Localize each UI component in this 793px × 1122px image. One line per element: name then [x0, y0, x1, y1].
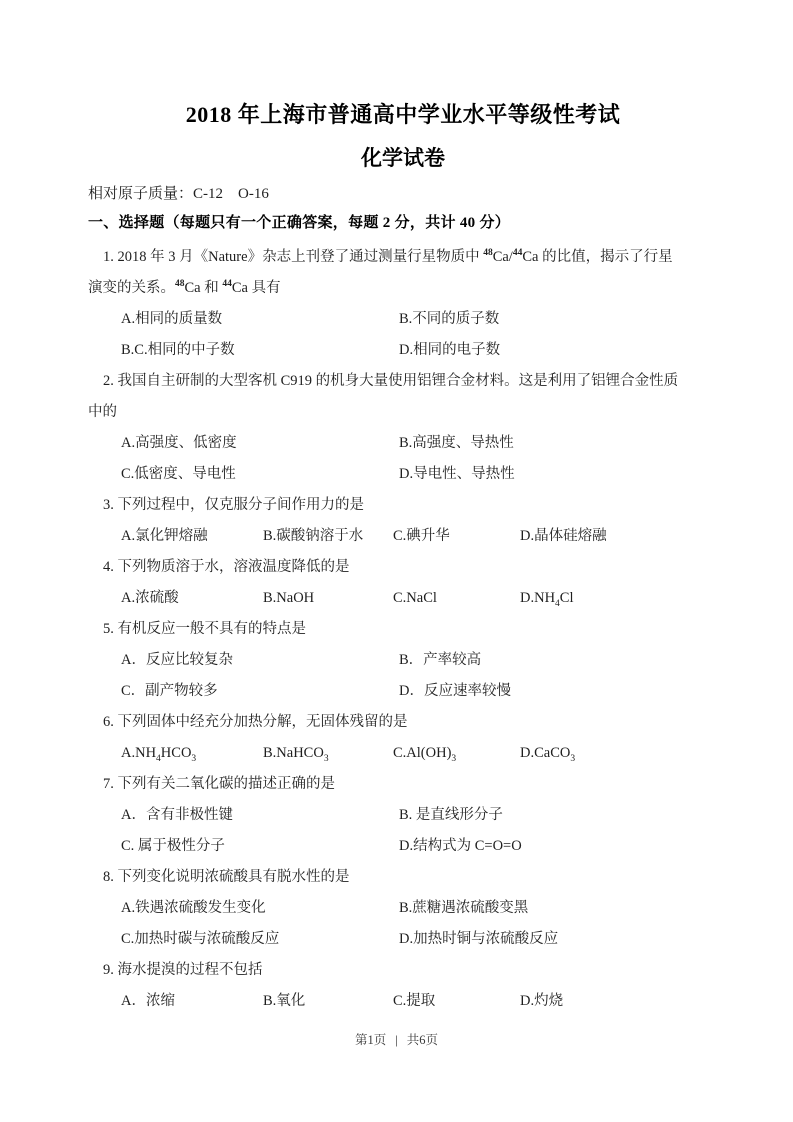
- question-3-options: A.氯化钾熔融 B.碳酸钠溶于水 C.碘升华 D.晶体硅熔融: [121, 521, 718, 552]
- question-7-option-d: D.结构式为 C=O=O: [399, 831, 718, 862]
- question-8-options: A.铁遇浓硫酸发生变化 B.蔗糖遇浓硫酸变黑 C.加热时碳与浓硫酸反应 D.加热…: [121, 893, 718, 955]
- question-5-option-d: D．反应速率较慢: [399, 676, 718, 707]
- question-5-option-c: C．副产物较多: [121, 676, 399, 707]
- question-2: 2. 我国自主研制的大型客机 C919 的机身大量使用铝锂合金材料。这是利用了铝…: [88, 366, 718, 490]
- question-6-stem: 6. 下列固体中经充分加热分解，无固体残留的是: [88, 707, 718, 738]
- question-8-option-d: D.加热时铜与浓硫酸反应: [399, 924, 718, 955]
- question-7: 7. 下列有关二氧化碳的描述正确的是 A．含有非极性键 B. 是直线形分子 C.…: [88, 769, 718, 862]
- question-6-option-b: B.NaHCO3: [263, 738, 393, 769]
- exam-page: 2018 年上海市普通高中学业水平等级性考试 化学试卷 相对原子质量：C-12 …: [0, 0, 793, 1122]
- question-3-stem: 3. 下列过程中，仅克服分子间作用力的是: [88, 490, 718, 521]
- page-footer: 第1页|共6页: [0, 1031, 793, 1049]
- footer-total-pages: 共6页: [407, 1033, 438, 1047]
- question-1-stem-line-1: 1. 2018 年 3 月《Nature》杂志上刊登了通过测量行星物质中 48C…: [88, 242, 718, 273]
- question-9-stem: 9. 海水提溴的过程不包括: [88, 955, 718, 986]
- question-9-option-b: B.氧化: [263, 986, 393, 1017]
- exam-content: 2018 年上海市普通高中学业水平等级性考试 化学试卷 相对原子质量：C-12 …: [0, 0, 793, 1017]
- question-2-stem-line-2: 中的: [88, 397, 718, 428]
- question-4: 4. 下列物质溶于水，溶液温度降低的是 A.浓硫酸 B.NaOH C.NaCl …: [88, 552, 718, 614]
- question-7-option-a: A．含有非极性键: [121, 800, 399, 831]
- page-title: 2018 年上海市普通高中学业水平等级性考试: [88, 100, 718, 129]
- section-heading: 一、选择题（每题只有一个正确答案，每题 2 分，共计 40 分）: [88, 212, 718, 234]
- question-3-option-a: A.氯化钾熔融: [121, 521, 263, 552]
- question-7-option-c: C. 属于极性分子: [121, 831, 399, 862]
- question-list: 1. 2018 年 3 月《Nature》杂志上刊登了通过测量行星物质中 48C…: [88, 242, 718, 1017]
- question-5-option-b: B．产率较高: [399, 645, 718, 676]
- question-1-options: A.相同的质量数 B.不同的质子数 B.C.相同的中子数 D.相同的电子数: [121, 304, 718, 366]
- question-6: 6. 下列固体中经充分加热分解，无固体残留的是 A.NH4HCO3 B.NaHC…: [88, 707, 718, 769]
- question-2-stem-line-1: 2. 我国自主研制的大型客机 C919 的机身大量使用铝锂合金材料。这是利用了铝…: [88, 366, 718, 397]
- question-8-option-b: B.蔗糖遇浓硫酸变黑: [399, 893, 718, 924]
- question-1-option-b: B.不同的质子数: [399, 304, 718, 335]
- question-9-option-a: A．浓缩: [121, 986, 263, 1017]
- footer-current-page: 第1页: [355, 1033, 386, 1047]
- question-5-options: A．反应比较复杂 B．产率较高 C．副产物较多 D．反应速率较慢: [121, 645, 718, 707]
- atomic-mass-note: 相对原子质量：C-12 O-16: [88, 183, 718, 205]
- question-8-stem: 8. 下列变化说明浓硫酸具有脱水性的是: [88, 862, 718, 893]
- question-5-option-a: A．反应比较复杂: [121, 645, 399, 676]
- question-8-option-c: C.加热时碳与浓硫酸反应: [121, 924, 399, 955]
- question-6-option-c: C.Al(OH)3: [393, 738, 520, 769]
- question-5: 5. 有机反应一般不具有的特点是 A．反应比较复杂 B．产率较高 C．副产物较多…: [88, 614, 718, 707]
- question-3-option-c: C.碘升华: [393, 521, 520, 552]
- question-1: 1. 2018 年 3 月《Nature》杂志上刊登了通过测量行星物质中 48C…: [88, 242, 718, 366]
- question-1-option-d: D.相同的电子数: [399, 335, 718, 366]
- question-3: 3. 下列过程中，仅克服分子间作用力的是 A.氯化钾熔融 B.碳酸钠溶于水 C.…: [88, 490, 718, 552]
- question-3-option-d: D.晶体硅熔融: [520, 521, 718, 552]
- question-4-option-d: D.NH4Cl: [520, 583, 718, 614]
- question-2-option-a: A.高强度、低密度: [121, 428, 399, 459]
- question-4-option-b: B.NaOH: [263, 583, 393, 614]
- question-1-option-c: B.C.相同的中子数: [121, 335, 399, 366]
- question-1-option-a: A.相同的质量数: [121, 304, 399, 335]
- question-4-option-a: A.浓硫酸: [121, 583, 263, 614]
- question-2-option-d: D.导电性、导热性: [399, 459, 718, 490]
- question-4-stem: 4. 下列物质溶于水，溶液温度降低的是: [88, 552, 718, 583]
- question-7-stem: 7. 下列有关二氧化碳的描述正确的是: [88, 769, 718, 800]
- question-8-option-a: A.铁遇浓硫酸发生变化: [121, 893, 399, 924]
- question-4-option-c: C.NaCl: [393, 583, 520, 614]
- question-4-options: A.浓硫酸 B.NaOH C.NaCl D.NH4Cl: [121, 583, 718, 614]
- question-2-options: A.高强度、低密度 B.高强度、导热性 C.低密度、导电性 D.导电性、导热性: [121, 428, 718, 490]
- question-8: 8. 下列变化说明浓硫酸具有脱水性的是 A.铁遇浓硫酸发生变化 B.蔗糖遇浓硫酸…: [88, 862, 718, 955]
- question-2-option-b: B.高强度、导热性: [399, 428, 718, 459]
- question-5-stem: 5. 有机反应一般不具有的特点是: [88, 614, 718, 645]
- question-3-option-b: B.碳酸钠溶于水: [263, 521, 393, 552]
- question-7-option-b: B. 是直线形分子: [399, 800, 718, 831]
- footer-separator: |: [395, 1033, 398, 1047]
- question-7-options: A．含有非极性键 B. 是直线形分子 C. 属于极性分子 D.结构式为 C=O=…: [121, 800, 718, 862]
- question-6-options: A.NH4HCO3 B.NaHCO3 C.Al(OH)3 D.CaCO3: [121, 738, 718, 769]
- question-9: 9. 海水提溴的过程不包括 A．浓缩 B.氧化 C.提取 D.灼烧: [88, 955, 718, 1017]
- page-subtitle: 化学试卷: [88, 145, 718, 172]
- question-9-option-c: C.提取: [393, 986, 520, 1017]
- question-6-option-a: A.NH4HCO3: [121, 738, 263, 769]
- question-9-option-d: D.灼烧: [520, 986, 718, 1017]
- question-9-options: A．浓缩 B.氧化 C.提取 D.灼烧: [121, 986, 718, 1017]
- question-2-option-c: C.低密度、导电性: [121, 459, 399, 490]
- question-1-stem-line-2: 演变的关系。48Ca 和 44Ca 具有: [88, 273, 718, 304]
- question-6-option-d: D.CaCO3: [520, 738, 718, 769]
